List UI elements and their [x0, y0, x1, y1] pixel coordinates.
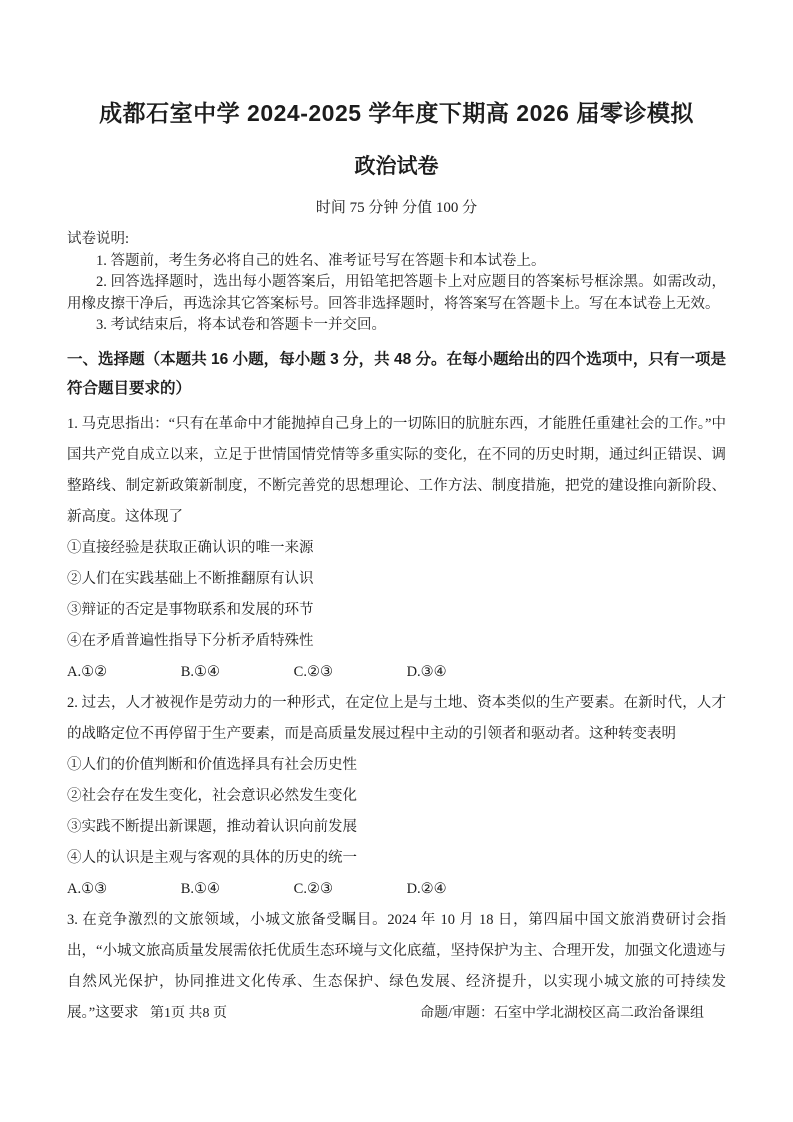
question-1: 1. 马克思指出：“只有在革命中才能抛掉自己身上的一切陈旧的肮脏东西，才能胜任重… [67, 409, 726, 688]
exam-time-score: 时间 75 分钟 分值 100 分 [67, 197, 726, 219]
exam-instructions: 试卷说明: 1. 答题前，考生务必将自己的姓名、准考证号写在答题卡和本试卷上。 … [67, 229, 726, 337]
option-line: ②人们在实践基础上不断推翻原有认识 [67, 564, 726, 595]
instructions-label: 试卷说明: [67, 229, 726, 251]
instruction-item-2: 2. 回答选择题时，选出每小题答案后，用铅笔把答题卡上对应题目的答案标号框涂黑。… [67, 272, 726, 315]
exam-paper-page: 成都石室中学 2024-2025 学年度下期高 2026 届零诊模拟 政治试卷 … [0, 0, 793, 1122]
question-list: 1. 马克思指出：“只有在革命中才能抛掉自己身上的一切陈旧的肮脏东西，才能胜任重… [67, 409, 726, 1029]
question-stem: 2. 过去，人才被视作是劳动力的一种形式，在定位上是与土地、资本类似的生产要素。… [67, 688, 726, 750]
option-line: ④人的认识是主观与客观的具体的历史的统一 [67, 843, 726, 874]
choice-b: B.①④ [181, 664, 220, 680]
option-line: ②社会存在发生变化，社会意识必然发生变化 [67, 781, 726, 812]
option-line: ①人们的价值判断和价值选择具有社会历史性 [67, 750, 726, 781]
page-footer: 第1页 共8 页 命题/审题：石室中学北湖校区高二政治备课组 [67, 1004, 726, 1024]
question-stem: 1. 马克思指出：“只有在革命中才能抛掉自己身上的一切陈旧的肮脏东西，才能胜任重… [67, 409, 726, 533]
option-line: ③实践不断提出新课题，推动着认识向前发展 [67, 812, 726, 843]
choice-a: A.①③ [67, 881, 107, 897]
choice-b: B.①④ [181, 881, 220, 897]
choice-d: D.②④ [407, 881, 447, 897]
choice-a: A.①② [67, 664, 107, 680]
page-number: 第1页 共8 页 [150, 1004, 227, 1024]
choice-c: C.②③ [294, 664, 333, 680]
question-2: 2. 过去，人才被视作是劳动力的一种形式，在定位上是与土地、资本类似的生产要素。… [67, 688, 726, 905]
answer-choices-line: A.①② B.①④ C.②③ D.③④ [67, 657, 726, 688]
option-line: ③辩证的否定是事物联系和发展的环节 [67, 595, 726, 626]
instruction-item-3: 3. 考试结束后，将本试卷和答题卡一并交回。 [67, 315, 726, 337]
instruction-item-1: 1. 答题前，考生务必将自己的姓名、准考证号写在答题卡和本试卷上。 [67, 251, 726, 273]
choice-d: D.③④ [407, 664, 447, 680]
section-heading-multiple-choice: 一、选择题（本题共 16 小题，每小题 3 分，共 48 分。在每小题给出的四个… [67, 345, 726, 403]
exam-title: 成都石室中学 2024-2025 学年度下期高 2026 届零诊模拟 [67, 0, 726, 131]
answer-choices-line: A.①③ B.①④ C.②③ D.②④ [67, 874, 726, 905]
footer-credit: 命题/审题：石室中学北湖校区高二政治备课组 [420, 1004, 704, 1024]
exam-subject-title: 政治试卷 [67, 151, 726, 183]
page-content: 成都石室中学 2024-2025 学年度下期高 2026 届零诊模拟 政治试卷 … [0, 0, 793, 1029]
option-line: ①直接经验是获取正确认识的唯一来源 [67, 533, 726, 564]
choice-c: C.②③ [294, 881, 333, 897]
option-line: ④在矛盾普遍性指导下分析矛盾特殊性 [67, 626, 726, 657]
